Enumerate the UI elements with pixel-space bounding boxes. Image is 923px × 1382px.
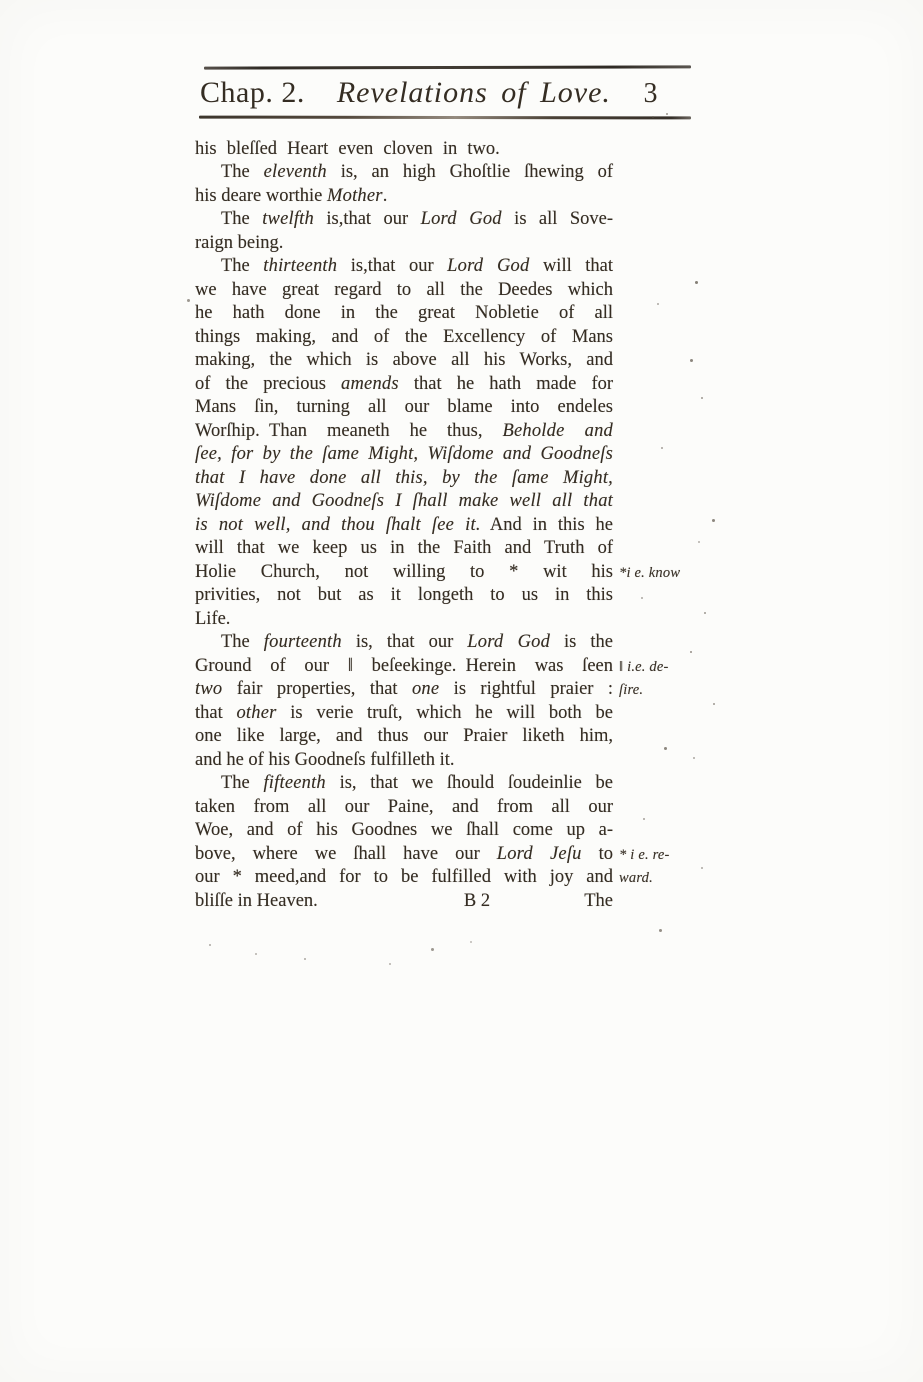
text-line: Ground of our ‖ beſeekinge. Herein was ſ… <box>195 655 613 679</box>
footer-line: bliſſe in Heaven. B 2 The <box>195 890 613 914</box>
scan-speck <box>431 948 434 951</box>
margin-note: ward. <box>619 870 653 886</box>
text-line: taken from all our Paine, and from all o… <box>195 796 613 820</box>
text-line: will that we keep us in the Faith and Tr… <box>195 537 613 561</box>
text-line: The eleventh is, an high Ghoſtlie ſhewin… <box>195 161 613 185</box>
text-line: things making, and of the Excellency of … <box>195 326 613 350</box>
scan-speck <box>470 941 472 943</box>
text-line: his bleſſed Heart even cloven in two. <box>195 138 613 162</box>
scan-speck <box>389 963 391 965</box>
scan-speck <box>693 757 695 759</box>
text-line: of the precious amends that he hath made… <box>195 373 613 397</box>
scan-speck <box>690 359 693 362</box>
printed-area: Chap. 2. Revelations of Love. 3 his bleſ… <box>195 66 700 913</box>
running-header: Chap. 2. Revelations of Love. 3 <box>195 76 700 111</box>
last-text-line: bliſſe in Heaven. <box>195 890 318 914</box>
text-line: Mans ſin, turning all our blame into end… <box>195 396 613 420</box>
catchword: The <box>584 890 613 914</box>
text-line: The fifteenth is, that we ſhould ſoudein… <box>195 772 613 796</box>
scan-speck <box>304 958 306 960</box>
scan-speck <box>209 944 211 946</box>
text-line: one like large, and thus our Praier like… <box>195 725 613 749</box>
scan-speck <box>666 113 668 115</box>
scan-speck <box>701 397 703 399</box>
page-number: 3 <box>644 77 659 111</box>
text-line: and he of his Goodneſs fulfilleth it. <box>195 749 613 773</box>
text-line: that I have done all this, by the ſame M… <box>195 467 613 491</box>
header-rule-top <box>204 65 691 69</box>
text-line: Wiſdome and Goodneſs I ſhall make well a… <box>195 490 613 514</box>
text-line: that other is verie truſt, which he will… <box>195 702 613 726</box>
scan-speck <box>187 299 190 302</box>
margin-note: ‖ i.e. de- <box>619 659 669 675</box>
text-line: The thirteenth is,that our Lord God will… <box>195 255 613 279</box>
text-line: The fourteenth is, that our Lord God is … <box>195 631 613 655</box>
text-line: Life. <box>195 608 613 632</box>
text-line: privities, not but as it longeth to us i… <box>195 584 613 608</box>
text-line: is not well, and thou ſhalt ſee it. And … <box>195 514 613 538</box>
text-line: his deare worthie Mother. <box>195 185 613 209</box>
header-rule-bottom <box>199 116 691 119</box>
scan-speck <box>712 519 715 522</box>
scan-speck <box>643 818 645 820</box>
book-page-scan: Chap. 2. Revelations of Love. 3 his bleſ… <box>0 0 923 1382</box>
text-line: two fair properties, that one is rightfu… <box>195 678 613 702</box>
text-line: Worſhip. Than meaneth he thus, Beholde a… <box>195 420 613 444</box>
scan-speck <box>698 541 700 543</box>
text-line: our * meed,and for to be fulfilled with … <box>195 866 613 890</box>
scan-speck <box>664 747 667 750</box>
scan-speck <box>657 303 659 305</box>
margin-note: *i e. know <box>619 565 680 581</box>
text-line: The twelfth is,that our Lord God is all … <box>195 208 613 232</box>
scan-speck <box>701 867 703 869</box>
chapter-label: Chap. 2. <box>200 76 305 110</box>
scan-speck <box>695 281 698 284</box>
body-text: his bleſſed Heart even cloven in two.The… <box>195 138 613 890</box>
text-line: Holie Church, not willing to * wit his*i… <box>195 561 613 585</box>
page-title: Revelations of Love. <box>337 76 611 110</box>
margin-note: * i e. re- <box>619 847 670 863</box>
text-line: making, the which is above all his Works… <box>195 349 613 373</box>
text-line: he hath done in the great Nobletie of al… <box>195 302 613 326</box>
scan-speck <box>641 597 643 599</box>
text-line: ſee, for by the ſame Might, Wiſdome and … <box>195 443 613 467</box>
scan-speck <box>690 651 692 653</box>
text-line: we have great regard to all the Deedes w… <box>195 279 613 303</box>
scan-speck <box>652 116 654 118</box>
scan-speck <box>659 929 662 932</box>
margin-note: ſire. <box>619 682 643 698</box>
signature-mark: B 2 <box>464 890 490 914</box>
text-line: Woe, and of his Goodnes we ſhall come up… <box>195 819 613 843</box>
scan-speck <box>255 953 257 955</box>
scan-speck <box>661 447 663 449</box>
text-line: raign being. <box>195 232 613 256</box>
text-line: bove, where we ſhall have our Lord Jeſu … <box>195 843 613 867</box>
scan-speck <box>704 612 706 614</box>
scan-speck <box>713 703 715 705</box>
